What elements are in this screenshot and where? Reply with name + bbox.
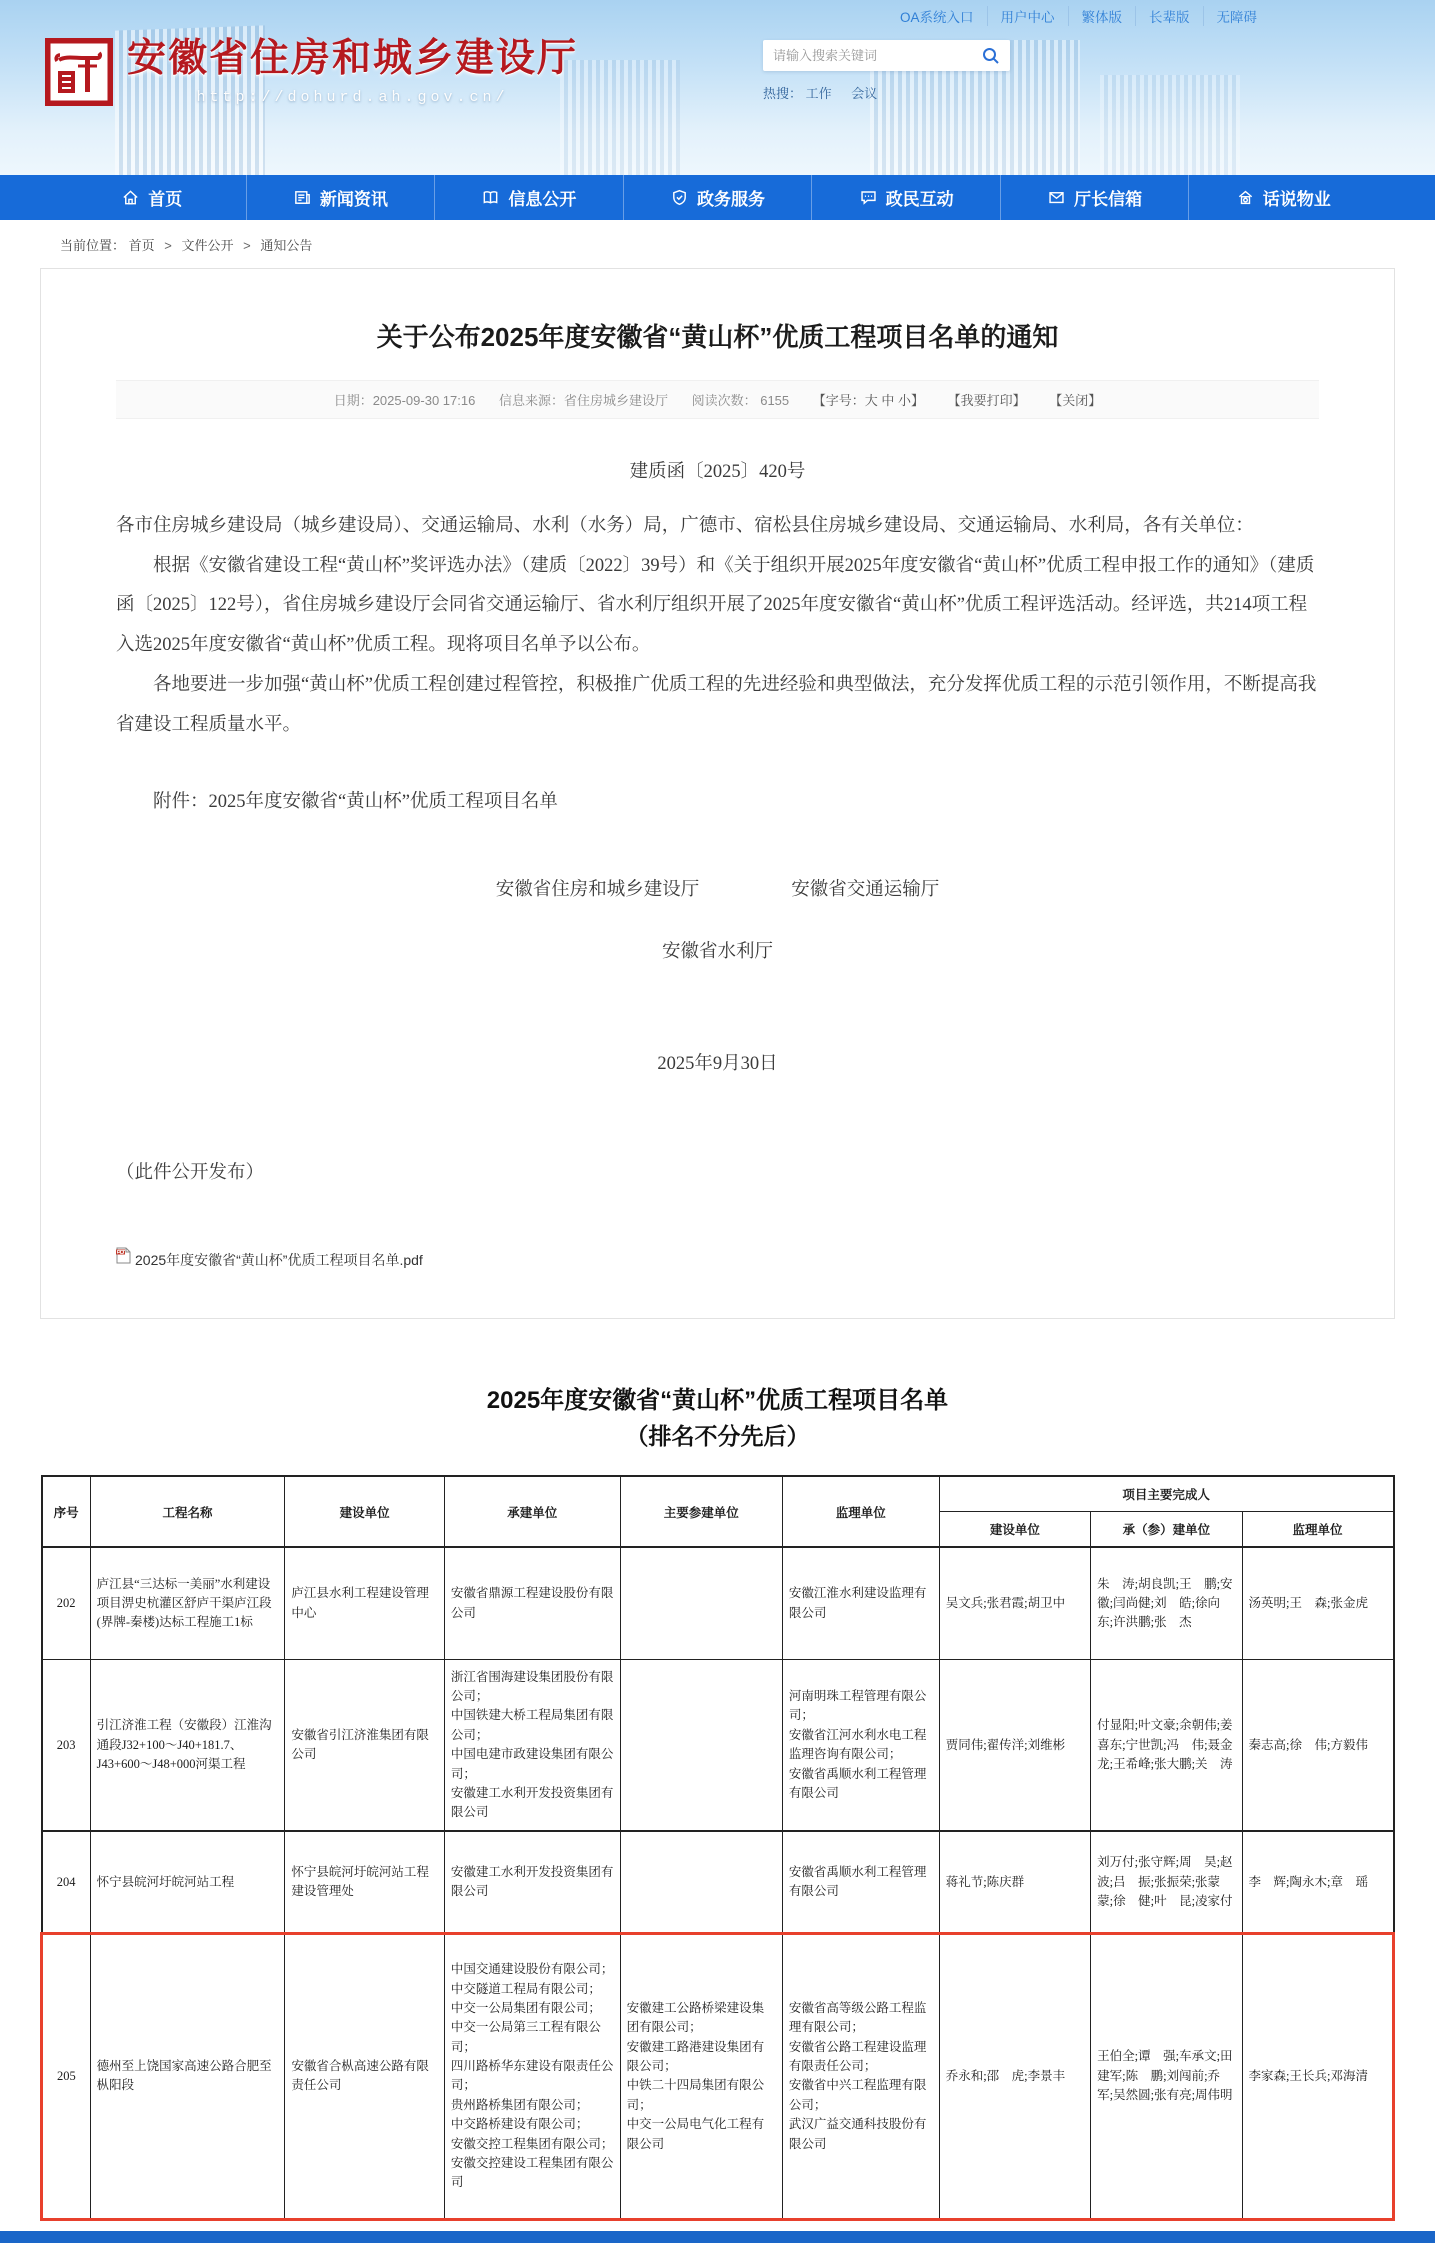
- cell-builder: 庐江县水利工程建设管理中心: [285, 1547, 445, 1659]
- close-button[interactable]: 【关闭】: [1049, 393, 1101, 408]
- breadcrumb-notices[interactable]: 通知公告: [260, 238, 312, 253]
- header-completer-supervisor: 监理单位: [1242, 1512, 1393, 1548]
- header-main-completers: 项目主要完成人: [939, 1476, 1393, 1512]
- site-title: 安徽省住房和城乡建设厅: [127, 38, 578, 81]
- search-box: [763, 40, 1010, 71]
- cell-people-contractor: 刘万付;张守辉;周 昊;赵 波;吕 振;张振荣;张蒙蒙;徐 健;叶 昆;凌家付: [1091, 1831, 1242, 1933]
- search-icon[interactable]: [980, 45, 1002, 67]
- nav-item-home[interactable]: 首页: [58, 175, 247, 220]
- article-source: 信息来源：省住房城乡建设厅: [499, 393, 668, 408]
- table-row-203: 203 引江济淮工程（安徽段）江淮沟通段J32+100～J40+181.7、J4…: [42, 1659, 1394, 1831]
- table-row-202: 202 庐江县“三达标一美丽”水利建设项目淠史杭灌区舒庐干渠庐江段(界牌-秦楼)…: [42, 1547, 1394, 1659]
- cell-project-name: 庐江县“三达标一美丽”水利建设项目淠史杭灌区舒庐干渠庐江段(界牌-秦楼)达标工程…: [90, 1547, 285, 1659]
- attachment-row: 2025年度安徽省“黄山杯”优质工程项目名单.pdf: [116, 1240, 1319, 1280]
- nav-item-label: 首页: [148, 185, 182, 210]
- pdf-file-icon: [116, 1240, 131, 1280]
- cell-supervisor: 河南明珠工程管理有限公司； 安徽省江河水利水电工程监理咨询有限公司； 安徽省禹顺…: [782, 1659, 939, 1831]
- home-icon: [121, 188, 140, 207]
- print-button[interactable]: 【我要打印】: [948, 393, 1026, 408]
- top-utility-links: OA系统入口 用户中心 繁体版 长辈版 无障碍: [887, 6, 1270, 26]
- article-title: 关于公布2025年度安徽省“黄山杯”优质工程项目名单的通知: [116, 317, 1319, 354]
- house-gear-icon: [1236, 188, 1255, 207]
- signing-org-water: 安徽省水利厅: [116, 933, 1319, 973]
- main-navigation: 首页 新闻资讯 信息公开 政务服务 政民互动: [0, 175, 1435, 220]
- nav-item-public-interaction[interactable]: 政民互动: [812, 175, 1001, 220]
- article-paragraph: 各市住房城乡建设局（城乡建设局）、交通运输局、水利（水务）局，广德市、宿松县住房…: [116, 507, 1319, 547]
- cell-participants: [620, 1831, 782, 1933]
- cell-contractor: 浙江省围海建设集团股份有限公司； 中国铁建大桥工程局集团有限公司； 中国电建市政…: [444, 1659, 620, 1831]
- nav-item-label: 政务服务: [697, 185, 765, 210]
- hot-search-label: 热搜：: [763, 86, 802, 101]
- nav-item-info-disclosure[interactable]: 信息公开: [435, 175, 624, 220]
- cell-people-contractor: 朱 涛;胡良凯;王 鹏;安 徽;闫尚健;刘 皓;徐向东;许洪鹏;张 杰: [1091, 1547, 1242, 1659]
- cell-supervisor: 安徽省禹顺水利工程管理有限公司: [782, 1831, 939, 1933]
- cell-participants: 安徽建工公路桥梁建设集团有限公司； 安徽建工路港建设集团有限公司； 中铁二十四局…: [620, 1933, 782, 2219]
- cell-builder: 怀宁县皖河圩皖河站工程建设管理处: [285, 1831, 445, 1933]
- cell-contractor: 安徽建工水利开发投资集团有限公司: [444, 1831, 620, 1933]
- cell-supervisor: 安徽省高等级公路工程监理有限公司； 安徽省公路工程建设监理有限责任公司； 安徽省…: [782, 1933, 939, 2219]
- cell-builder: 安徽省合枞高速公路有限责任公司: [285, 1933, 445, 2219]
- cell-people-supervisor: 秦志高;徐 伟;方毅伟: [1242, 1659, 1393, 1831]
- header-project-name: 工程名称: [90, 1476, 285, 1547]
- cell-people-builder: 蒋礼节;陈庆群: [939, 1831, 1090, 1933]
- header-supervisor: 监理单位: [782, 1476, 939, 1547]
- signing-org-transport: 安徽省交通运输厅: [791, 871, 939, 911]
- newspaper-icon: [293, 188, 312, 207]
- site-logo-row: 安徽省住房和城乡建设厅 http://dohurd.ah.gov.cn/: [45, 38, 578, 106]
- building-image: [1100, 75, 1240, 175]
- article-date: 日期：2025-09-30 17:16: [334, 393, 476, 408]
- cell-builder: 安徽省引江济淮集团有限公司: [285, 1659, 445, 1831]
- article-paragraph: 根据《安徽省建设工程“黄山杯”奖评选办法》（建质〔2022〕39号）和《关于组织…: [116, 547, 1319, 666]
- nav-item-director-mailbox[interactable]: 厅长信箱: [1001, 175, 1190, 220]
- cell-project-name: 怀宁县皖河圩皖河站工程: [90, 1831, 285, 1933]
- site-url: http://dohurd.ah.gov.cn/: [127, 89, 578, 106]
- header-seq: 序号: [42, 1476, 91, 1547]
- nav-item-label: 政民互动: [886, 185, 954, 210]
- link-accessibility[interactable]: 无障碍: [1204, 6, 1271, 26]
- hot-search-row: 热搜： 工作 会议: [763, 83, 1010, 102]
- article-paragraph: 各地要进一步加强“黄山杯”优质工程创建过程管控，积极推广优质工程的先进经验和典型…: [116, 666, 1319, 746]
- site-logo-icon: [45, 38, 113, 106]
- annex-title-line1: 2025年度安徽省“黄山杯”优质工程项目名单: [0, 1383, 1435, 1419]
- annex-title: 2025年度安徽省“黄山杯”优质工程项目名单 （排名不分先后）: [0, 1383, 1435, 1454]
- nav-item-label: 话说物业: [1263, 185, 1331, 210]
- breadcrumb: 当前位置： 首页 > 文件公开 > 通知公告: [0, 220, 1435, 266]
- cell-people-builder: 乔永和;邵 虎;李景丰: [939, 1933, 1090, 2219]
- nav-item-label: 厅长信箱: [1074, 185, 1142, 210]
- annex-title-line2: （排名不分先后）: [0, 1419, 1435, 1454]
- header-participants: 主要参建单位: [620, 1476, 782, 1547]
- nav-item-gov-services[interactable]: 政务服务: [624, 175, 813, 220]
- table-row-204: 204 怀宁县皖河圩皖河站工程 怀宁县皖河圩皖河站工程建设管理处 安徽建工水利开…: [42, 1831, 1394, 1933]
- breadcrumb-prefix: 当前位置：: [60, 238, 125, 253]
- cell-seq: 203: [42, 1659, 91, 1831]
- signature-block: 安徽省住房和城乡建设厅 安徽省交通运输厅 安徽省水利厅 2025年9月30日 （…: [116, 871, 1319, 1194]
- cell-project-name: 德州至上饶国家高速公路合肥至枞阳段: [90, 1933, 285, 2219]
- article-paragraph: 附件：2025年度安徽省“黄山杯”优质工程项目名单: [116, 783, 1319, 823]
- site-title-block: 安徽省住房和城乡建设厅 http://dohurd.ah.gov.cn/: [127, 38, 578, 106]
- cell-participants: [620, 1547, 782, 1659]
- nav-item-property-talk[interactable]: 话说物业: [1189, 175, 1377, 220]
- mailbox-icon: [1047, 188, 1066, 207]
- cell-participants: [620, 1659, 782, 1831]
- cell-seq: 204: [42, 1831, 91, 1933]
- project-list-table: 序号 工程名称 建设单位 承建单位 主要参建单位 监理单位 项目主要完成人 建设…: [40, 1475, 1395, 2221]
- annex-section: 2025年度安徽省“黄山杯”优质工程项目名单 （排名不分先后） 序号 工程名称 …: [0, 1319, 1435, 2221]
- signing-date: 2025年9月30日: [116, 1045, 1319, 1085]
- cell-people-contractor: 王伯全;谭 强;车承文;田建军;陈 鹏;刘闯前;乔 军;吴然圆;张有亮;周伟明: [1091, 1933, 1242, 2219]
- attachment-pdf-link[interactable]: 2025年度安徽省“黄山杯”优质工程项目名单.pdf: [135, 1245, 423, 1275]
- article-view-count: 阅读次数： 6155: [692, 393, 790, 408]
- hot-search-link-work[interactable]: 工作: [806, 86, 832, 101]
- open-book-icon: [481, 188, 500, 207]
- cell-contractor: 中国交通建设股份有限公司； 中交隧道工程局有限公司； 中交一公局集团有限公司； …: [444, 1933, 620, 2219]
- table-header: 序号 工程名称 建设单位 承建单位 主要参建单位 监理单位 项目主要完成人 建设…: [42, 1476, 1394, 1547]
- cell-people-builder: 吴文兵;张君霞;胡卫中: [939, 1547, 1090, 1659]
- cell-seq: 202: [42, 1547, 91, 1659]
- hot-search-link-meeting[interactable]: 会议: [851, 86, 877, 101]
- cell-project-name: 引江济淮工程（安徽段）江淮沟通段J32+100～J40+181.7、J43+60…: [90, 1659, 285, 1831]
- cell-people-supervisor: 汤英明;王 森;张金虎: [1242, 1547, 1393, 1659]
- header-completer-builder: 建设单位: [939, 1512, 1090, 1548]
- shield-check-icon: [670, 188, 689, 207]
- cell-people-contractor: 付显阳;叶文豪;余朝伟;姜喜东;宁世凯;冯 伟;聂金龙;王希峰;张大鹏;关 涛: [1091, 1659, 1242, 1831]
- header-completer-contractor: 承（参）建单位: [1091, 1512, 1242, 1548]
- nav-item-label: 新闻资讯: [320, 185, 388, 210]
- link-traditional-chinese[interactable]: 繁体版: [1069, 6, 1137, 26]
- search-area: 热搜： 工作 会议: [763, 40, 1010, 102]
- breadcrumb-documents[interactable]: 文件公开: [182, 238, 234, 253]
- breadcrumb-home[interactable]: 首页: [129, 238, 155, 253]
- breadcrumb-separator: >: [164, 238, 172, 253]
- cell-seq: 205: [42, 1933, 91, 2219]
- link-user-center[interactable]: 用户中心: [988, 6, 1069, 26]
- link-elder-version[interactable]: 长辈版: [1136, 6, 1204, 26]
- footer-bar: [0, 2231, 1435, 2243]
- article-card: 关于公布2025年度安徽省“黄山杯”优质工程项目名单的通知 日期：2025-09…: [40, 268, 1395, 1319]
- public-release-note: （此件公开发布）: [116, 1154, 1319, 1194]
- cell-people-supervisor: 李 辉;陶永木;章 瑶: [1242, 1831, 1393, 1933]
- cell-people-builder: 贾同伟;翟传洋;刘维彬: [939, 1659, 1090, 1831]
- cell-supervisor: 安徽江淮水利建设监理有限公司: [782, 1547, 939, 1659]
- header-builder: 建设单位: [285, 1476, 445, 1547]
- cell-people-supervisor: 李家森;王长兵;邓海清: [1242, 1933, 1393, 2219]
- nav-item-news[interactable]: 新闻资讯: [247, 175, 436, 220]
- document-number: 建质函〔2025〕420号: [116, 453, 1319, 493]
- chat-bubble-icon: [859, 188, 878, 207]
- header-contractor: 承建单位: [444, 1476, 620, 1547]
- signing-org-housing: 安徽省住房和城乡建设厅: [496, 871, 700, 911]
- table-row-205-highlighted: 205 德州至上饶国家高速公路合肥至枞阳段 安徽省合枞高速公路有限责任公司 中国…: [42, 1933, 1394, 2219]
- font-size-control[interactable]: 【字号：大 中 小】: [813, 393, 924, 408]
- article-body: 建质函〔2025〕420号 各市住房城乡建设局（城乡建设局）、交通运输局、水利（…: [116, 453, 1319, 1280]
- article-meta-bar: 日期：2025-09-30 17:16 信息来源：省住房城乡建设厅 阅读次数： …: [116, 380, 1319, 419]
- cell-contractor: 安徽省鼎源工程建设股份有限公司: [444, 1547, 620, 1659]
- breadcrumb-separator: >: [243, 238, 251, 253]
- nav-item-label: 信息公开: [508, 185, 576, 210]
- site-header: OA系统入口 用户中心 繁体版 长辈版 无障碍 安徽省住房和城乡建设厅 http…: [0, 0, 1435, 175]
- link-oa-entrance[interactable]: OA系统入口: [887, 6, 988, 26]
- search-input[interactable]: [773, 48, 980, 63]
